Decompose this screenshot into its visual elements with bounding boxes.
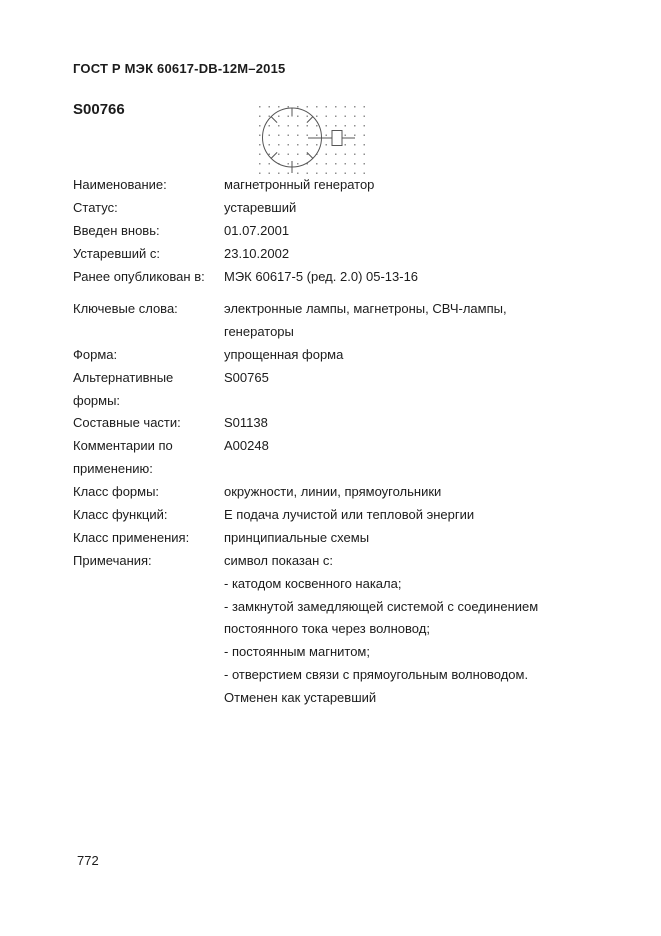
field-value: упрощенная форма [224, 344, 598, 367]
field-row: Ранее опубликован в: МЭК 60617-5 (ред. 2… [73, 266, 598, 289]
lower-left-tick [271, 152, 277, 158]
field-label: Класс формы: [73, 481, 224, 504]
field-row: Составные части: S01138 [73, 412, 598, 435]
field-value: окружности, линии, прямоугольники [224, 481, 598, 504]
field-value: 01.07.2001 [224, 220, 598, 243]
field-label: Ранее опубликован в: [73, 266, 224, 289]
field-row: Наименование: магнетронный генератор [73, 174, 598, 197]
field-row: Альтернативные формы: S00765 [73, 367, 598, 413]
field-value: S01138 [224, 412, 598, 435]
field-value: генераторы [224, 321, 598, 344]
field-value: S00765 [224, 367, 598, 390]
field-row: Статус: устаревший [73, 197, 598, 220]
field-label: Класс функций: [73, 504, 224, 527]
field-value: 23.10.2002 [224, 243, 598, 266]
field-label: Примечания: [73, 550, 224, 573]
field-row: Комментарии по применению: A00248 [73, 435, 598, 481]
field-value: Отменен как устаревший [224, 687, 598, 710]
field-label: Комментарии по [73, 435, 224, 458]
field-label: Наименование: [73, 174, 224, 197]
field-row: Класс формы: окружности, линии, прямоуго… [73, 481, 598, 504]
magnetron-symbol-drawing [252, 96, 368, 186]
field-value: Е подача лучистой или тепловой энергии [224, 504, 598, 527]
field-label: Введен вновь: [73, 220, 224, 243]
field-value: электронные лампы, магнетроны, СВЧ-лампы… [224, 298, 598, 321]
field-label: Ключевые слова: [73, 298, 224, 321]
upper-left-tick [271, 117, 277, 123]
waveguide-rect [332, 131, 342, 146]
field-label: Альтернативные [73, 367, 224, 390]
field-row: Ключевые слова: электронные лампы, магне… [73, 298, 598, 344]
field-label: формы: [73, 390, 224, 413]
field-row: Устаревший с: 23.10.2002 [73, 243, 598, 266]
document-page: ГОСТ Р МЭК 60617-DB-12M–2015 S00766 Наим… [0, 0, 661, 936]
upper-right-tick [307, 117, 313, 123]
field-label: Устаревший с: [73, 243, 224, 266]
field-row: Примечания: символ показан с: - катодом … [73, 550, 598, 710]
attributes-table: Наименование: магнетронный генератор Ста… [73, 174, 598, 710]
field-label: Класс применения: [73, 527, 224, 550]
field-row: Форма: упрощенная форма [73, 344, 598, 367]
field-value: - замкнутой замедляющей системой с соеди… [224, 596, 598, 619]
field-value: МЭК 60617-5 (ред. 2.0) 05-13-16 [224, 266, 598, 289]
field-value: постоянного тока через волновод; [224, 618, 598, 641]
field-row: Класс функций: Е подача лучистой или теп… [73, 504, 598, 527]
field-label: Статус: [73, 197, 224, 220]
field-label: применению: [73, 458, 224, 481]
page-number: 772 [77, 850, 99, 873]
lower-right-tick [307, 152, 313, 158]
field-value: магнетронный генератор [224, 174, 598, 197]
standard-header: ГОСТ Р МЭК 60617-DB-12M–2015 [73, 61, 285, 76]
field-label: Форма: [73, 344, 224, 367]
field-label: Составные части: [73, 412, 224, 435]
field-row: Класс применения: принципиальные схемы [73, 527, 598, 550]
magnetron-symbol-figure [252, 96, 368, 186]
field-value: принципиальные схемы [224, 527, 598, 550]
field-row: Введен вновь: 01.07.2001 [73, 220, 598, 243]
field-value: A00248 [224, 435, 598, 458]
field-value: символ показан с: [224, 550, 598, 573]
field-value: устаревший [224, 197, 598, 220]
field-value: - катодом косвенного накала; [224, 573, 598, 596]
field-value: - отверстием связи с прямоугольным волно… [224, 664, 598, 687]
symbol-id: S00766 [73, 101, 125, 118]
field-value: - постоянным магнитом; [224, 641, 598, 664]
